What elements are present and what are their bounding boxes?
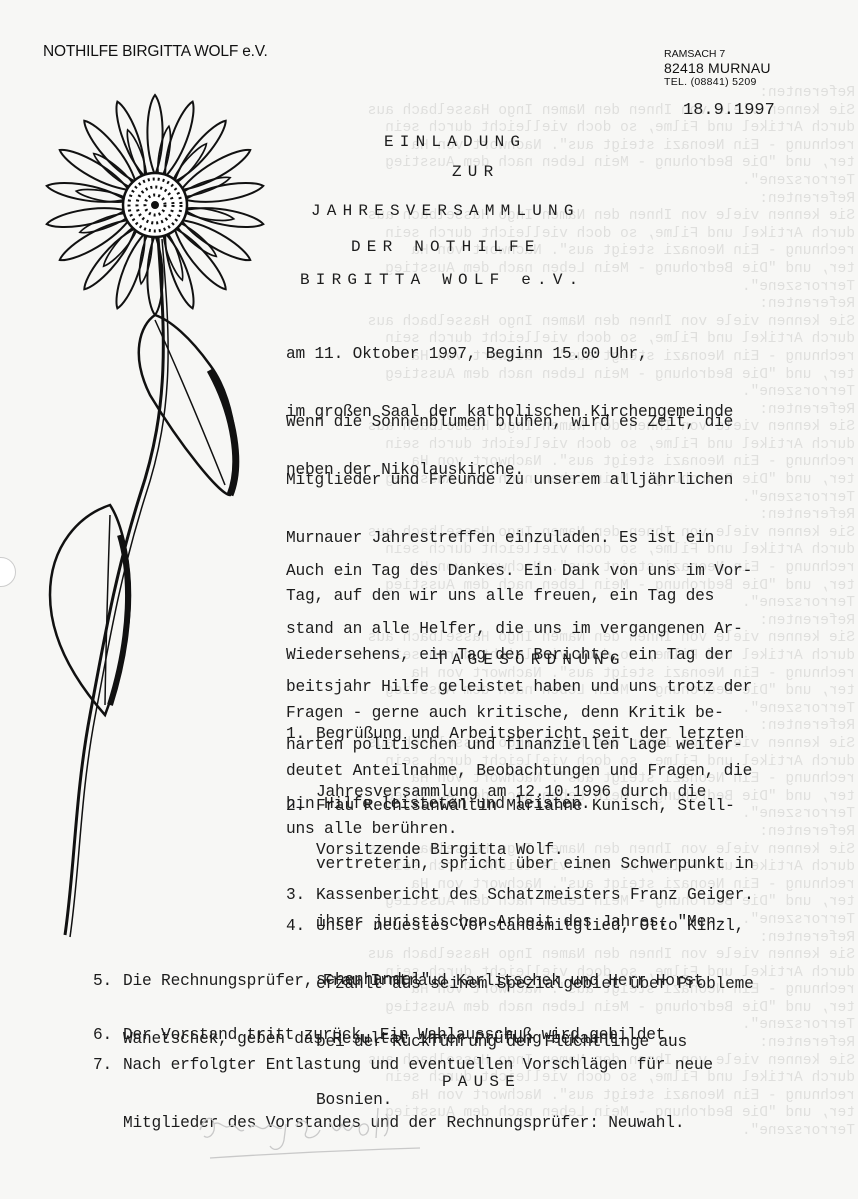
document-page: Referenten: Sie kennen viele von Ihnen d… [0,0,858,1199]
agenda-number: 1. [286,725,316,744]
agenda-heading: TAGESORDNUNG [436,651,626,669]
meeting-date-line: am 11. Oktober 1997, Beginn 15.00 Uhr, [286,345,733,364]
address-block: RAMSACH 7 82418 MURNAU TEL. (08841) 5209 [664,48,771,88]
text-line: Nach erfolgter Entlastung und eventuelle… [123,1056,713,1074]
text-line: stand an alle Helfer, die uns im vergang… [286,620,752,639]
text-line: Mitglieder und Freunde zu unserem alljäh… [286,471,752,490]
text-line: Wenn die Sonnenblumen blühen, wird es Ze… [286,413,752,432]
signature-icon [190,1100,440,1170]
title-jahresversammlung: JAHRESVERSAMMLUNG [311,202,580,220]
title-der-nothilfe: DER NOTHILFE [351,238,541,256]
pause-label: PAUSE [442,1073,521,1091]
text-line: Frau Rechtsanwältin Marianne Kunisch, St… [316,797,735,815]
agenda-number: 7. [93,1056,123,1075]
text-line: Begrüßung und Arbeitsbericht seit der le… [316,725,744,743]
title-einladung: EINLADUNG [384,133,526,151]
address-street: RAMSACH 7 [664,48,771,60]
address-phone: TEL. (08841) 5209 [664,76,771,88]
punch-hole [0,557,16,587]
sunflower-icon [20,75,290,955]
text-line: Auch ein Tag des Dankes. Ein Dank von un… [286,562,752,581]
agenda-number: 2. [286,797,316,816]
organization-name: NOTHILFE BIRGITTA WOLF e.V. [43,43,268,61]
title-zur: ZUR [452,163,499,181]
letter-date: 18.9.1997 [683,101,775,120]
title-birgitta-wolf: BIRGITTA WOLF e.V. [300,271,584,289]
address-city: 82418 MURNAU [664,60,771,76]
